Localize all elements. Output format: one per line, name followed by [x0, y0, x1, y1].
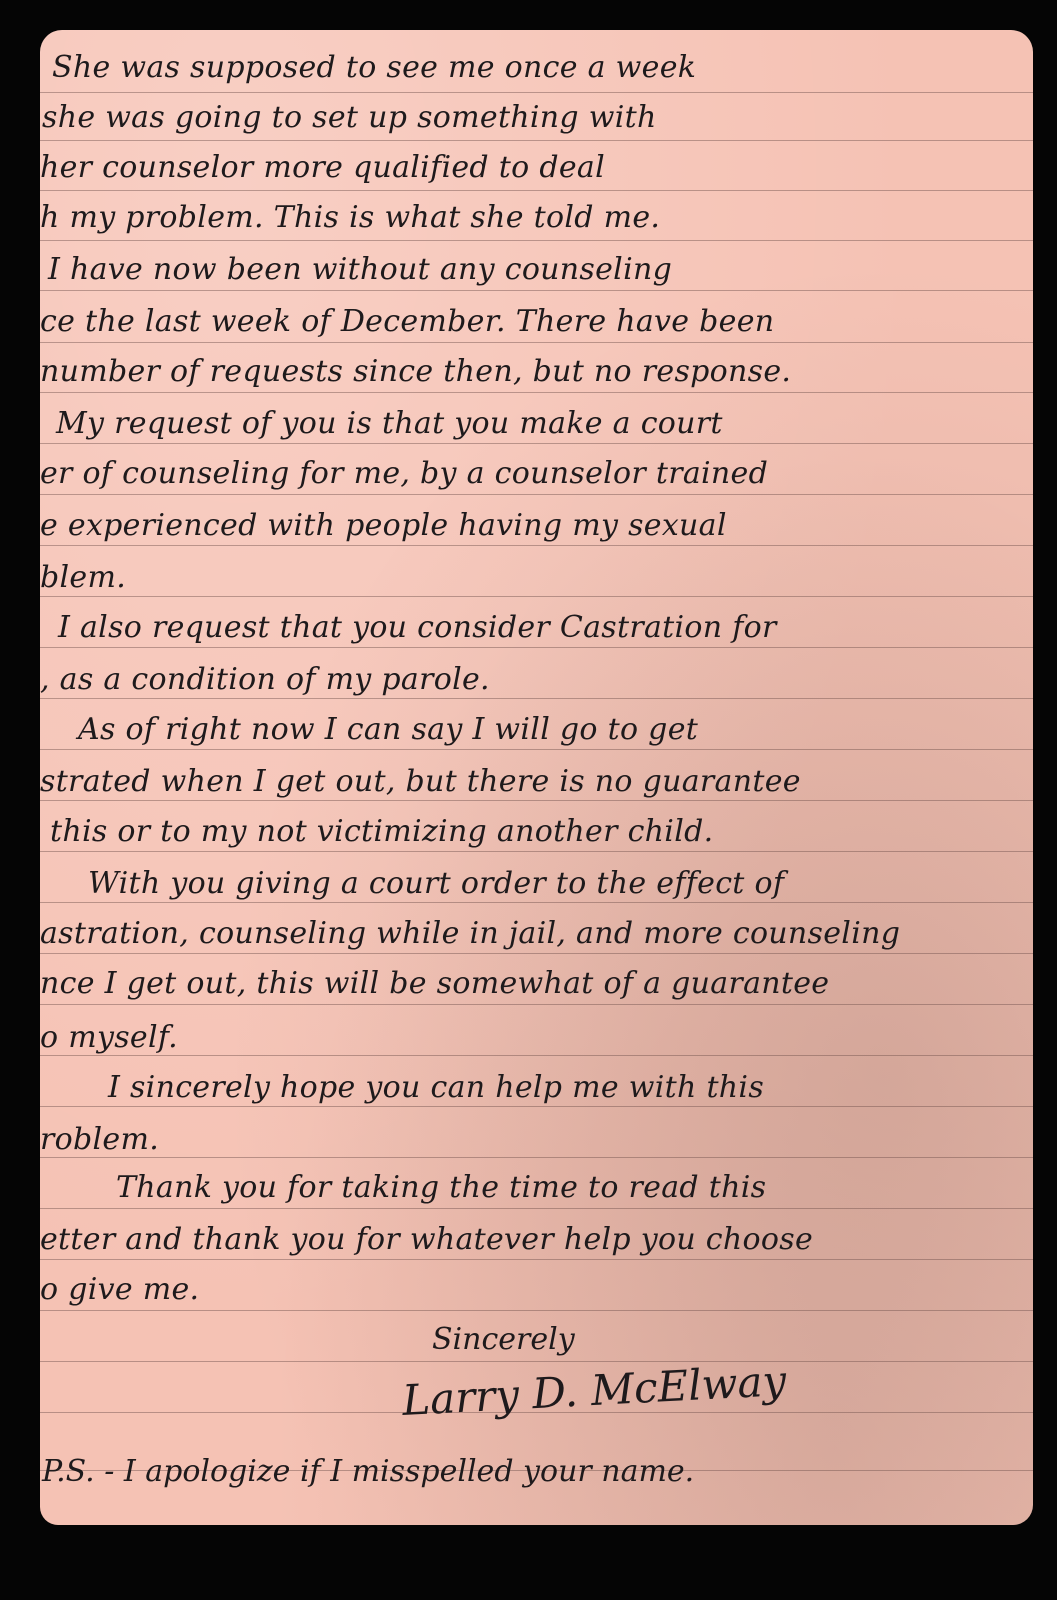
- letter-line: , as a condition of my parole.: [40, 662, 490, 697]
- letter-line: etter and thank you for whatever help yo…: [40, 1222, 813, 1257]
- ruled-line: [40, 392, 1033, 393]
- ruled-line: [40, 1106, 1033, 1107]
- letter-line: blem.: [40, 560, 126, 595]
- letter-line: I also request that you consider Castrat…: [58, 610, 777, 645]
- letter-line: she was going to set up something with: [42, 100, 657, 135]
- letter-line: Thank you for taking the time to read th…: [116, 1170, 766, 1205]
- letter-line: this or to my not victimizing another ch…: [50, 814, 713, 849]
- ruled-line: [40, 140, 1033, 141]
- ruled-line: [40, 92, 1033, 93]
- postscript: P.S. - I apologize if I misspelled your …: [42, 1454, 694, 1489]
- letter-line: I sincerely hope you can help me with th…: [108, 1070, 764, 1105]
- letter-page: She was supposed to see me once a week s…: [40, 30, 1033, 1525]
- letter-line: ce the last week of December. There have…: [40, 304, 774, 339]
- letter-line: roblem.: [40, 1122, 159, 1157]
- ruled-line: [40, 1259, 1033, 1260]
- ruled-line: [40, 851, 1033, 852]
- ruled-line: [40, 1208, 1033, 1209]
- letter-line: My request of you is that you make a cou…: [56, 406, 723, 441]
- ruled-line: [40, 1004, 1033, 1005]
- ruled-line: [40, 698, 1033, 699]
- ruled-line: [40, 190, 1033, 191]
- letter-line: astration, counseling while in jail, and…: [40, 916, 900, 951]
- letter-line: nce I get out, this will be somewhat of …: [40, 966, 829, 1001]
- letter-line: As of right now I can say I will go to g…: [78, 712, 698, 747]
- ruled-line: [40, 290, 1033, 291]
- ruled-line: [40, 953, 1033, 954]
- ruled-line: [40, 443, 1033, 444]
- ruled-line: [40, 1157, 1033, 1158]
- letter-line: With you giving a court order to the eff…: [88, 866, 784, 901]
- letter-line: I have now been without any counseling: [48, 252, 672, 287]
- ruled-line: [40, 749, 1033, 750]
- ruled-line: [40, 342, 1033, 343]
- closing-salutation: Sincerely: [432, 1322, 575, 1357]
- ruled-line: [40, 800, 1033, 801]
- ruled-line: [40, 1361, 1033, 1362]
- letter-line: o give me.: [40, 1272, 199, 1307]
- letter-line: She was supposed to see me once a week: [52, 50, 696, 85]
- letter-line: o myself.: [40, 1020, 178, 1055]
- ruled-line: [40, 596, 1033, 597]
- ruled-line: [40, 240, 1033, 241]
- letter-line: e experienced with people having my sexu…: [40, 508, 727, 543]
- ruled-line: [40, 494, 1033, 495]
- ruled-line: [40, 1310, 1033, 1311]
- letter-line: h my problem. This is what she told me.: [40, 200, 660, 235]
- letter-line: her counselor more qualified to deal: [40, 150, 605, 185]
- letter-line: strated when I get out, but there is no …: [40, 764, 801, 799]
- ruled-line: [40, 902, 1033, 903]
- ruled-line: [40, 545, 1033, 546]
- ruled-line: [40, 1055, 1033, 1056]
- letter-line: er of counseling for me, by a counselor …: [40, 456, 768, 491]
- ruled-line: [40, 647, 1033, 648]
- signature: Larry D. McElway: [401, 1356, 787, 1425]
- letter-line: number of requests since then, but no re…: [40, 354, 791, 389]
